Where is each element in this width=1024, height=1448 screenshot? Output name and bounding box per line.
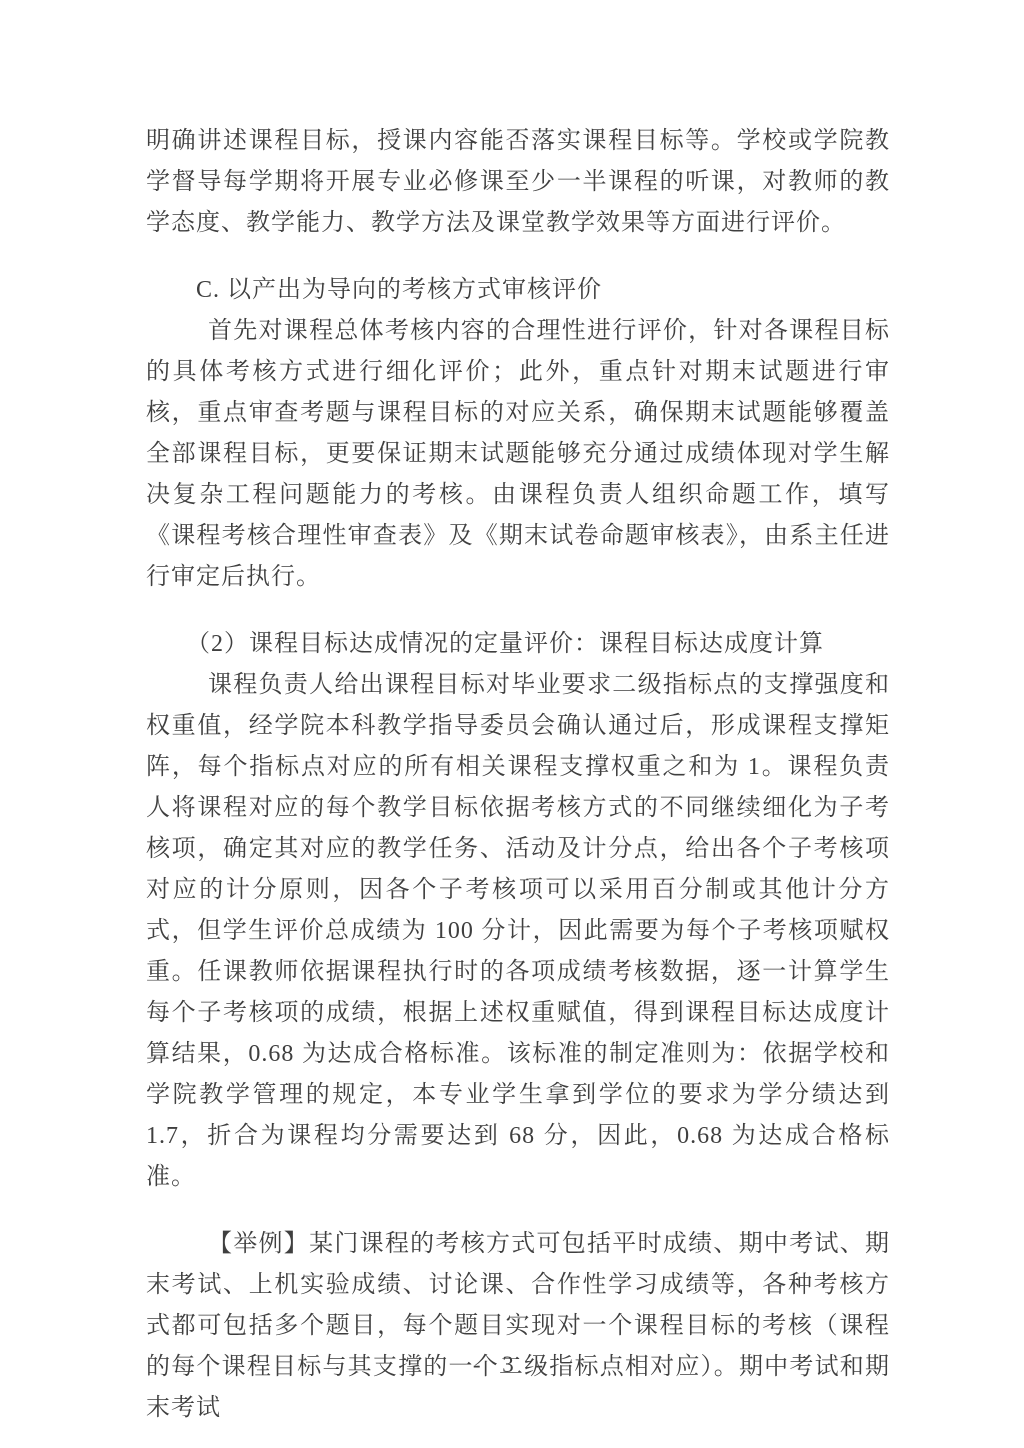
document-page: 明确讲述课程目标，授课内容能否落实课程目标等。学校或学院教学督导每学期将开展专业…	[0, 0, 1024, 1448]
heading-c-outcome-oriented-assessment-review: C. 以产出为导向的考核方式审核评价	[146, 270, 890, 311]
paragraph-example-assessment-methods: 【举例】某门课程的考核方式可包括平时成绩、期中考试、期末考试、上机实验成绩、讨论…	[146, 1224, 890, 1429]
paragraph-attainment-degree-calculation: 课程负责人给出课程目标对毕业要求二级指标点的支撑强度和权重值，经学院本科教学指导…	[146, 665, 890, 1198]
paragraph-exam-content-review: 首先对课程总体考核内容的合理性进行评价，针对各课程目标的具体考核方式进行细化评价…	[146, 311, 890, 598]
heading-2-quantitative-evaluation: （2）课程目标达成情况的定量评价：课程目标达成度计算	[146, 624, 890, 665]
page-number: - 3 -	[0, 1348, 1024, 1382]
paragraph-teaching-supervision: 明确讲述课程目标，授课内容能否落实课程目标等。学校或学院教学督导每学期将开展专业…	[146, 121, 890, 244]
page-content: 明确讲述课程目标，授课内容能否落实课程目标等。学校或学院教学督导每学期将开展专业…	[146, 121, 890, 1429]
